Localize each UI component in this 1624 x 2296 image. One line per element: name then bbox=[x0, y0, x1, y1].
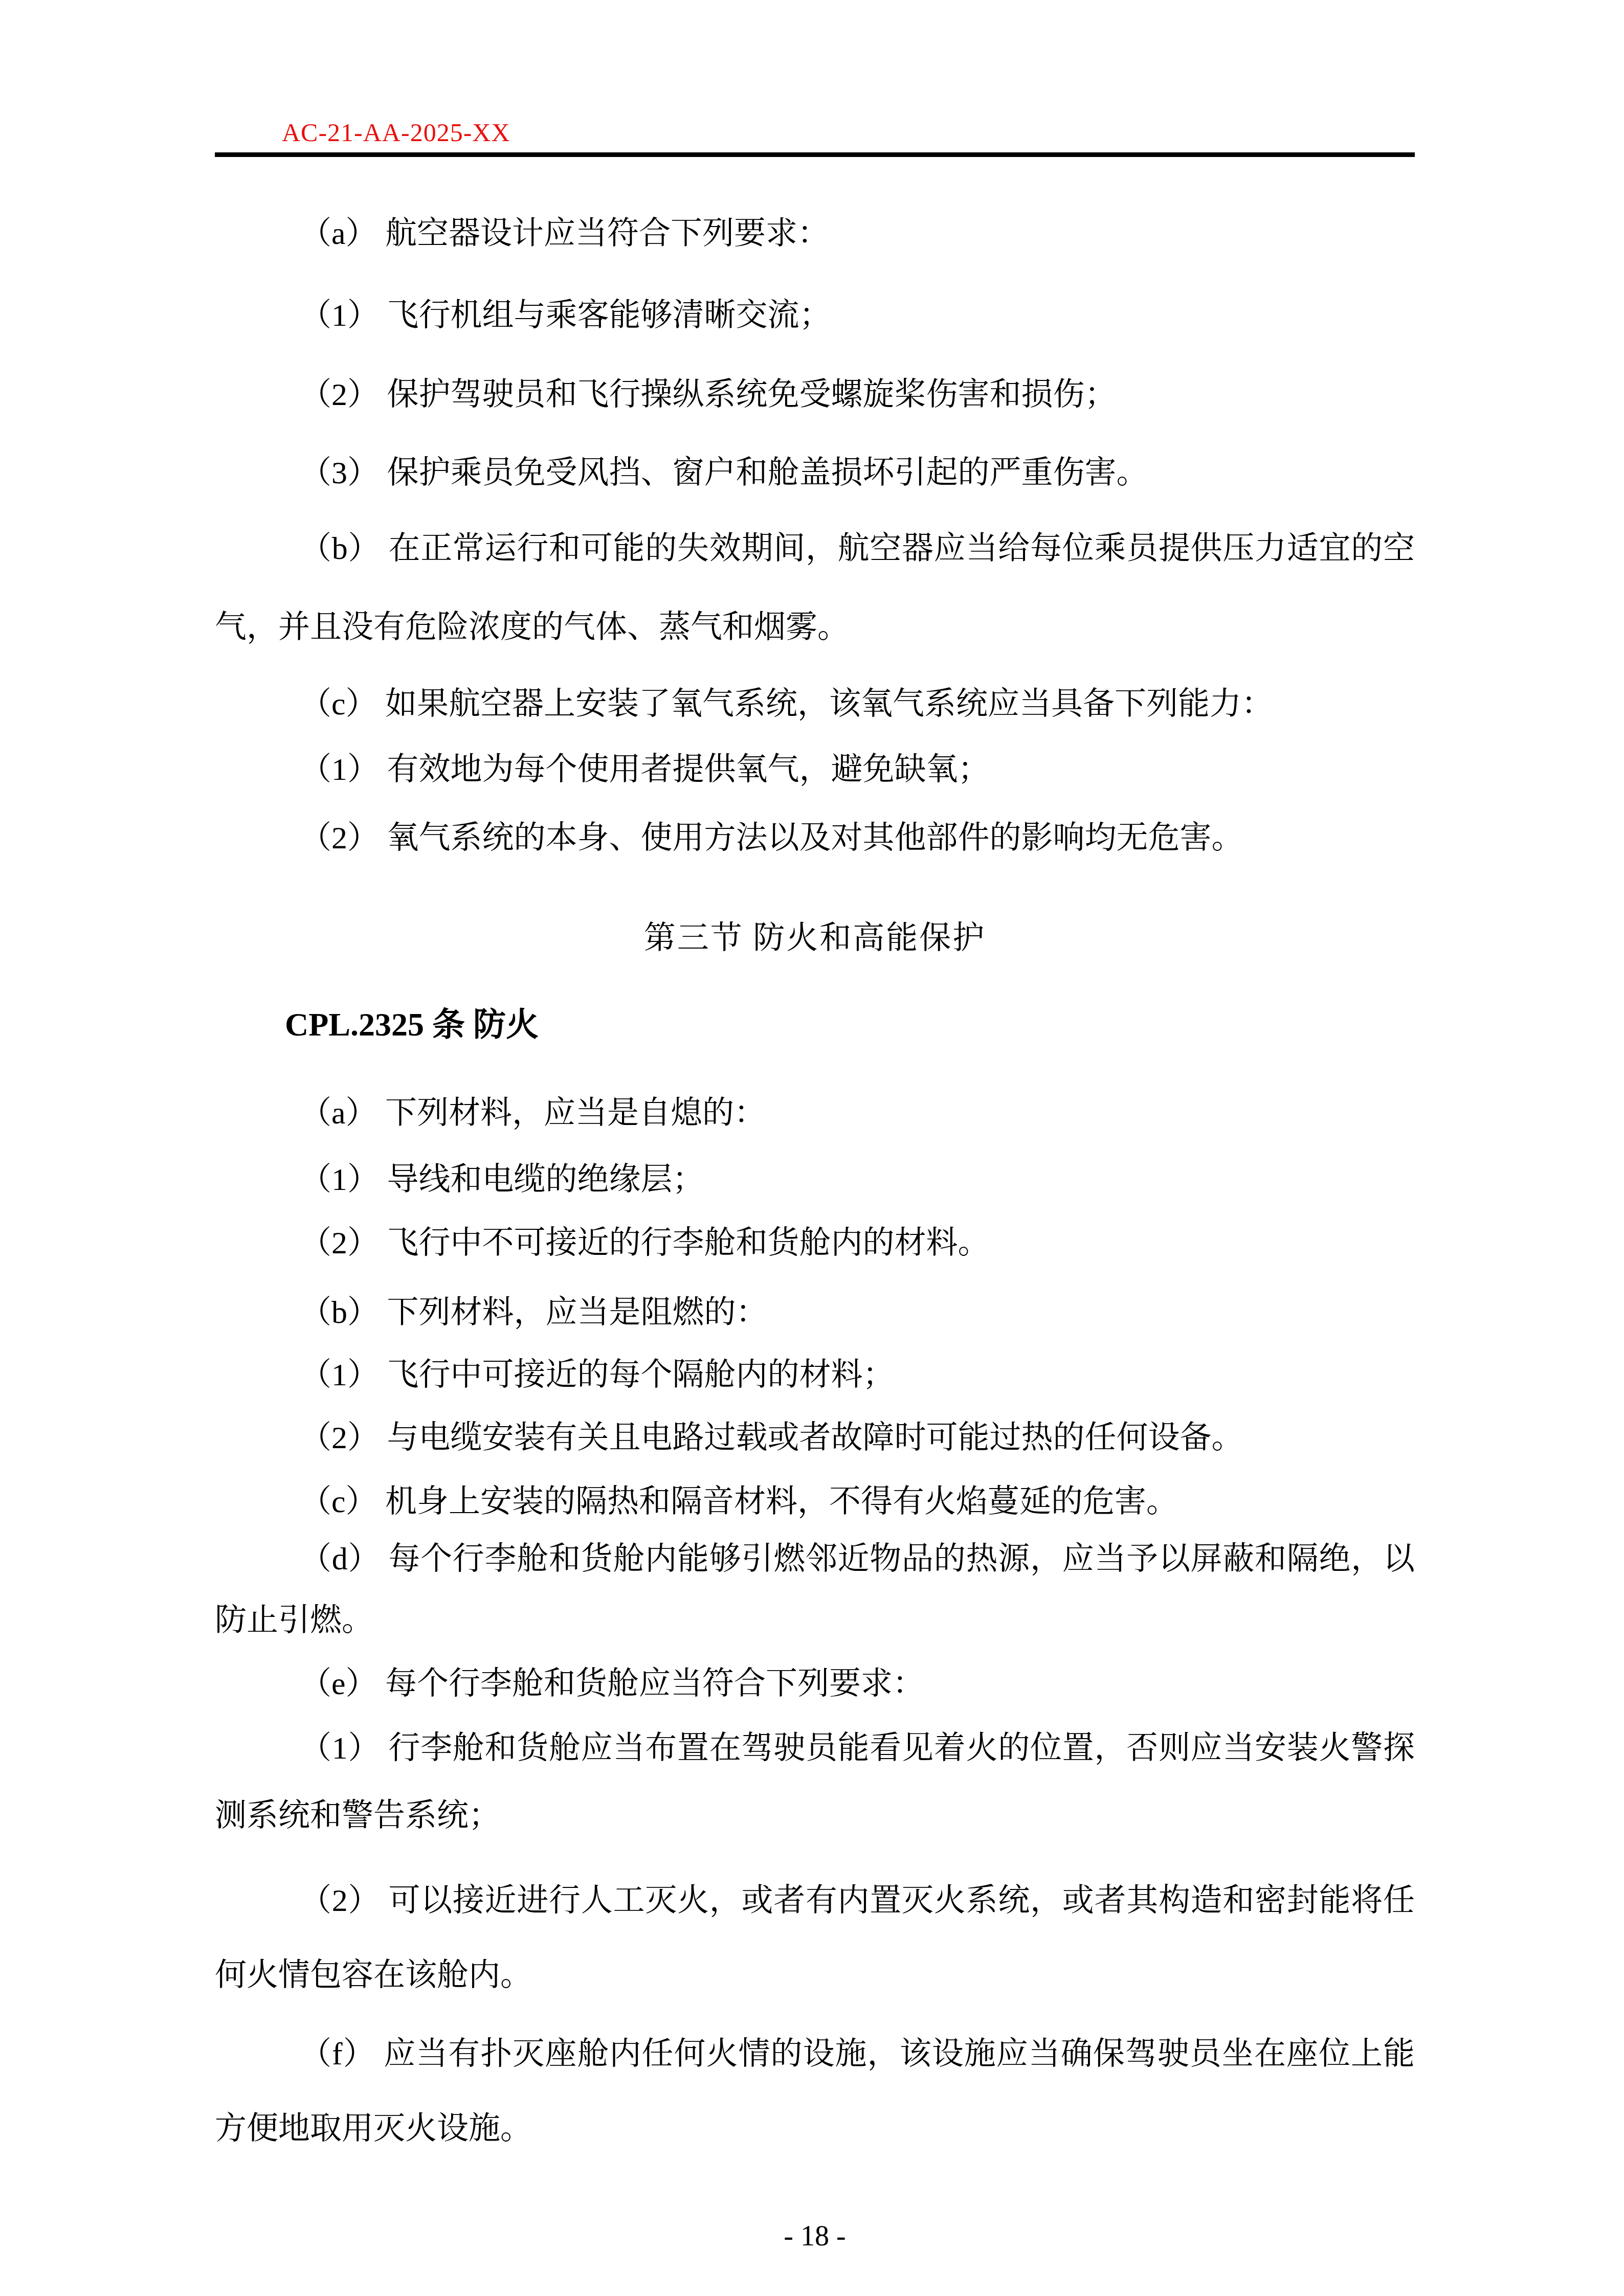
paragraph-line: （2） 飞行中不可接近的行李舱和货舱内的材料。 bbox=[300, 1224, 990, 1262]
paragraph-line: （f） 应当有扑灭座舱内任何火情的设施，该设施应当确保驾驶员坐在座位上能 bbox=[300, 2035, 1415, 2073]
paragraph-line: （1） 飞行机组与乘客能够清晰交流； bbox=[300, 297, 831, 334]
paragraph-line: （b） 下列材料，应当是阻燃的： bbox=[300, 1294, 768, 1332]
paragraph-line: （1） 行李舱和货舱应当布置在驾驶员能看见着火的位置，否则应当安装火警探 bbox=[300, 1729, 1415, 1767]
header-rule bbox=[215, 152, 1415, 157]
paragraph-line: （c） 机身上安装的隔热和隔音材料，不得有火焰蔓延的危害。 bbox=[300, 1483, 1178, 1521]
paragraph-line: （a） 航空器设计应当符合下列要求： bbox=[300, 215, 829, 253]
doc-number: AC-21-AA-2025-XX bbox=[282, 119, 510, 147]
paragraph-line: （2） 氧气系统的本身、使用方法以及对其他部件的影响均无危害。 bbox=[300, 819, 1243, 857]
paragraph-line: （1） 有效地为每个使用者提供氧气，避免缺氧； bbox=[300, 751, 990, 789]
document-page: AC-21-AA-2025-XX （a） 航空器设计应当符合下列要求： （1） … bbox=[0, 0, 1624, 2296]
paragraph-line: （c） 如果航空器上安装了氧气系统，该氧气系统应当具备下列能力： bbox=[300, 685, 1273, 723]
article-heading: CPL.2325 条 防火 bbox=[285, 1005, 539, 1045]
paragraph-line: （d） 每个行李舱和货舱内能够引燃邻近物品的热源，应当予以屏蔽和隔绝，以 bbox=[300, 1540, 1415, 1578]
paragraph-line: 测系统和警告系统； bbox=[215, 1797, 500, 1835]
section-heading: 第三节 防火和高能保护 bbox=[215, 919, 1415, 957]
paragraph-line: （e） 每个行李舱和货舱应当符合下列要求： bbox=[300, 1665, 924, 1703]
paragraph-line: 气，并且没有危险浓度的气体、蒸气和烟雾。 bbox=[215, 609, 849, 646]
paragraph-line: 何火情包容在该舱内。 bbox=[215, 1956, 532, 1994]
paragraph-line: 方便地取用灭火设施。 bbox=[215, 2110, 532, 2148]
paragraph-line: （1） 飞行中可接近的每个隔舱内的材料； bbox=[300, 1356, 895, 1394]
page-number: - 18 - bbox=[215, 2219, 1415, 2254]
paragraph-line: （a） 下列材料，应当是自熄的： bbox=[300, 1094, 766, 1132]
paragraph-line: （2） 可以接近进行人工灭火，或者有内置灭火系统，或者其构造和密封能将任 bbox=[300, 1882, 1415, 1920]
paragraph-line: （2） 与电缆安装有关且电路过载或者故障时可能过热的任何设备。 bbox=[300, 1419, 1243, 1457]
paragraph-line: （b） 在正常运行和可能的失效期间，航空器应当给每位乘员提供压力适宜的空 bbox=[300, 530, 1415, 568]
paragraph-line: （1） 导线和电缆的绝缘层； bbox=[300, 1161, 704, 1199]
paragraph-line: （3） 保护乘员免受风挡、窗户和舱盖损坏引起的严重伤害。 bbox=[300, 454, 1148, 492]
paragraph-line: 防止引燃。 bbox=[215, 1602, 373, 1639]
paragraph-line: （2） 保护驾驶员和飞行操纵系统免受螺旋桨伤害和损伤； bbox=[300, 376, 1117, 414]
